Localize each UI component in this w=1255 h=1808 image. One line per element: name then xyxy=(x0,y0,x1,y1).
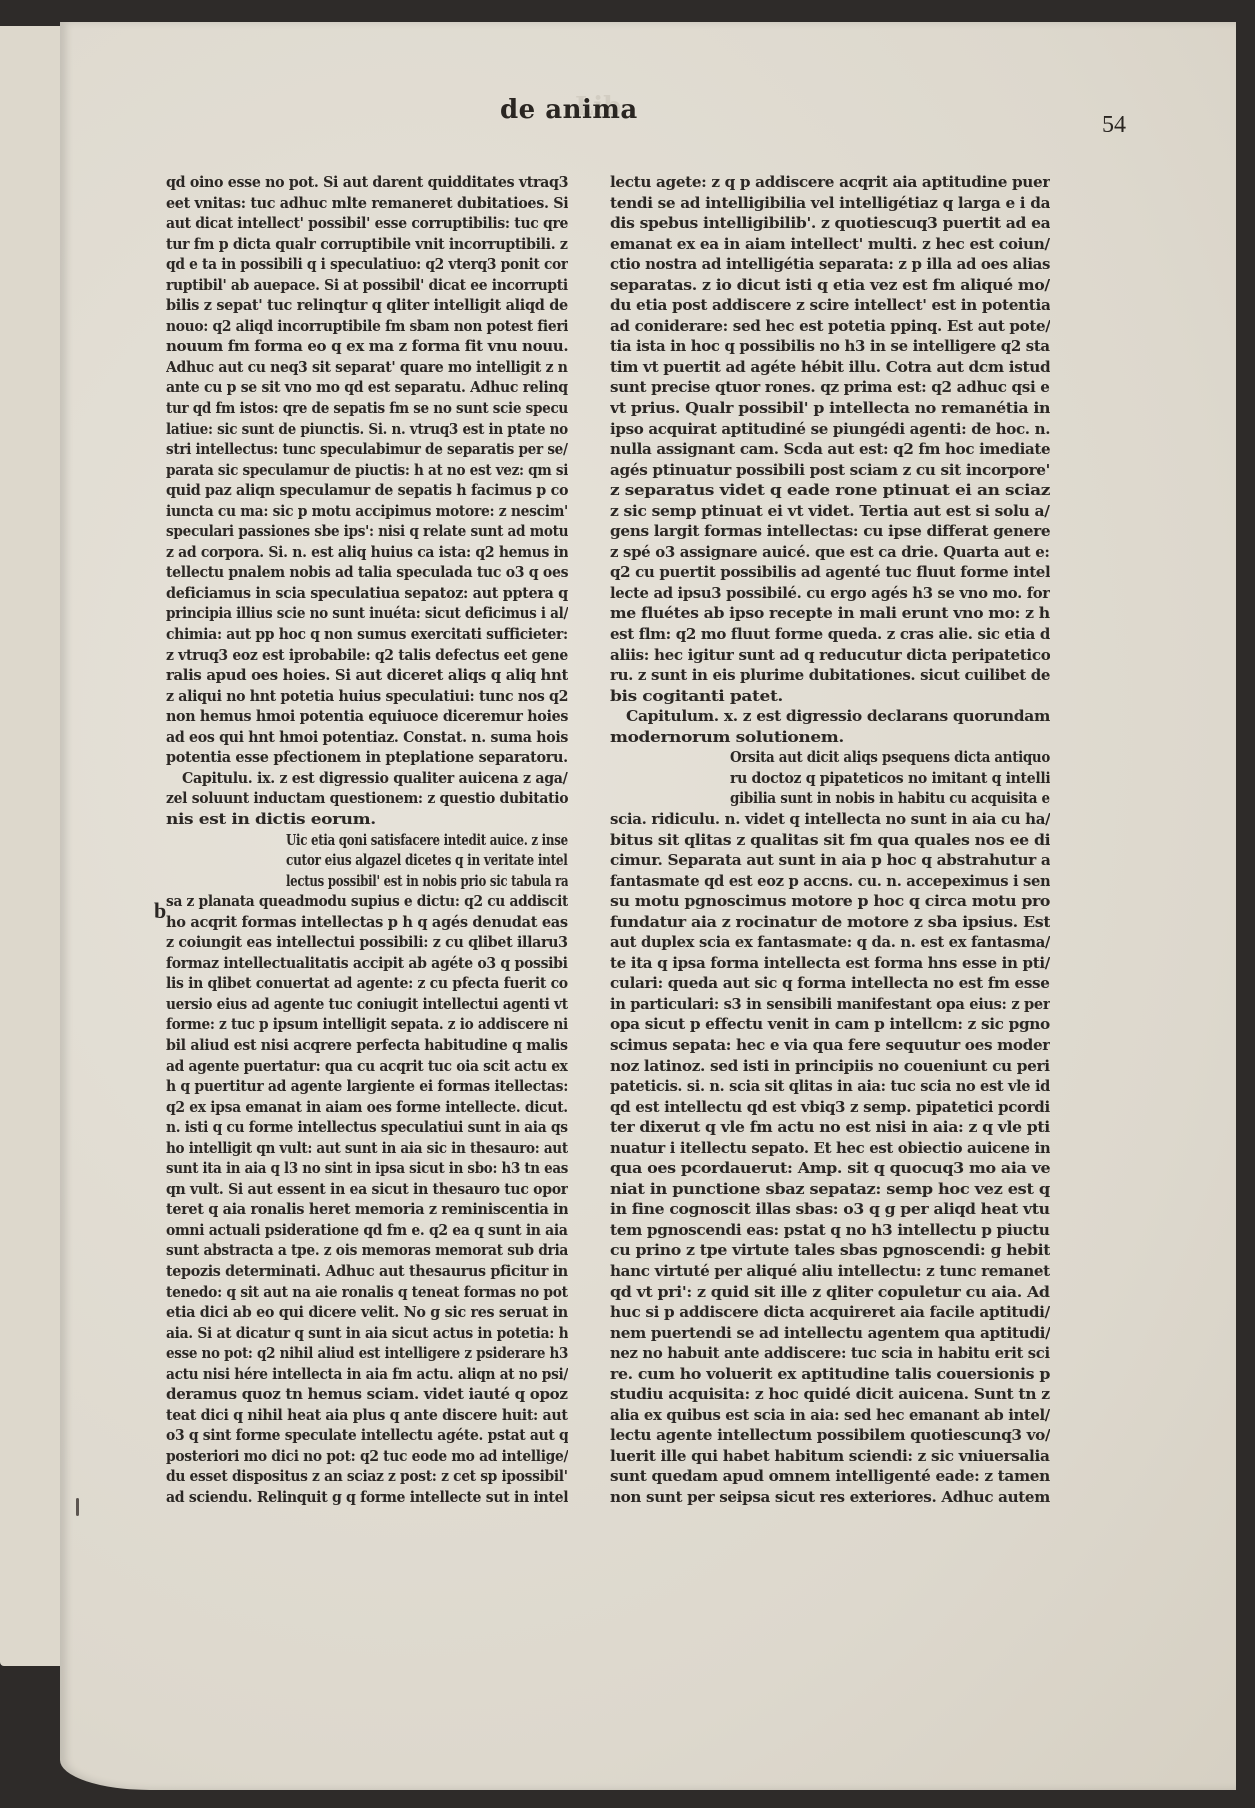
text-line: posteriori mo dici no pot: q2 tuc eode m… xyxy=(166,1446,568,1467)
text-line: culari: queda aut sic q forma intellecta… xyxy=(610,973,1050,994)
text-line: non hemus hmoi potentia equiuoce dicerem… xyxy=(166,706,568,727)
text-line: formaz intellectualitatis accipit ab agé… xyxy=(166,953,568,974)
text-line: ad coniderare: sed hec est potetia ppinq… xyxy=(610,316,1050,337)
chapter-heading-line: Capitulum. x. z est digressio declarans … xyxy=(610,706,1050,727)
text-line: lectu agente intellectum possibilem quot… xyxy=(610,1425,1050,1446)
text-line: modernorum solutionem. xyxy=(610,727,1050,748)
text-line: quid paz aliqn speculamur de sepatis h f… xyxy=(166,480,568,501)
text-line: sunt quedam apud omnem intelligenté eade… xyxy=(610,1466,1050,1487)
text-line: me fluétes ab ipso recepte in mali erunt… xyxy=(610,603,1050,624)
text-line: re. cum ho voluerit ex aptitudine talis … xyxy=(610,1364,1050,1385)
text-line: est flm: q2 mo fluut forme queda. z cras… xyxy=(610,624,1050,645)
text-line: ho acqrit formas intellectas p h q agés … xyxy=(166,912,568,933)
text-line: nem puertendi se ad intellectu agentem q… xyxy=(610,1323,1050,1344)
text-line: in fine cognoscit illas sbas: o3 q g per… xyxy=(610,1199,1050,1220)
text-line: qd vt pri': z quid sit ille z qliter cop… xyxy=(610,1282,1050,1303)
text-line: z coiungit eas intellectui possibili: z … xyxy=(166,932,568,953)
text-line: qn vult. Si aut essent in ea sicut in th… xyxy=(166,1179,568,1200)
text-line: dis spebus intelligibilib'. z quotiescuq… xyxy=(610,213,1050,234)
text-line: etia dici ab eo qui dicere velit. No g s… xyxy=(166,1302,568,1323)
text-line: hanc virtuté per aliqué aliu intellectu:… xyxy=(610,1261,1050,1282)
text-line: tellectu pnalem nobis ad talia speculada… xyxy=(166,562,568,583)
text-line: uersio eius ad agente tuc coniugit intel… xyxy=(166,994,568,1015)
text-line: separatas. z io dicut isti q etia vez es… xyxy=(610,275,1050,296)
text-line: pateticis. si. n. scia sit qlitas in aia… xyxy=(610,1076,1050,1097)
text-line: z vtruq3 eoz est iprobabile: q2 talis de… xyxy=(166,645,568,666)
text-line: parata sic speculamur de piuctis: h at n… xyxy=(166,460,568,481)
text-line: z aliqui no hnt potetia huius speculatiu… xyxy=(166,686,568,707)
text-line: nulla assignant cam. Scda aut est: q2 fm… xyxy=(610,439,1050,460)
text-line: in particulari: s3 in sensibili manifest… xyxy=(610,994,1050,1015)
text-line: nouo: q2 aliqd incorruptibile fm sbam no… xyxy=(166,316,568,337)
text-line: sunt ita in aia q l3 no sint in ipsa sic… xyxy=(166,1158,568,1179)
text-line: nuatur i itellectu sepato. Et hec est ob… xyxy=(610,1138,1050,1159)
text-line: te ita q ipsa forma intellecta est forma… xyxy=(610,953,1050,974)
text-line: sa z planata queadmodu supius e dictu: q… xyxy=(166,891,568,912)
text-line: gens largit formas intellectas: cu ipse … xyxy=(610,521,1050,542)
text-line: ralis apud oes hoies. Si aut diceret ali… xyxy=(166,665,568,686)
text-line: principia illius scie no sunt inuéta: si… xyxy=(166,603,568,624)
text-line: potentia esse pfectionem in pteplatione … xyxy=(166,747,568,768)
chapter-heading-line: Capitulu. ix. z est digressio qualiter a… xyxy=(166,768,568,789)
text-line: sunt abstracta a tpe. z ois memoras memo… xyxy=(166,1240,568,1261)
text-line: lectu agete: z q p addiscere acqrit aia … xyxy=(610,172,1050,193)
text-line: gibilia sunt in nobis in habitu cu acqui… xyxy=(610,788,1050,809)
text-line: emanat ex ea in aiam intellect' multi. z… xyxy=(610,234,1050,255)
text-line: qd e ta in possibili q i speculatiuo: q2… xyxy=(166,254,568,275)
folio-number: 54 xyxy=(1102,112,1126,139)
text-line: ante cu p se sit vno mo qd est separatu.… xyxy=(166,377,568,398)
text-line: du etia post addiscere z scire intellect… xyxy=(610,295,1050,316)
text-line: nouum fm forma eo q ex ma z forma fit vn… xyxy=(166,336,568,357)
text-line: ad agente puertatur: qua cu acqrit tuc o… xyxy=(166,1056,568,1077)
text-line: vt prius. Qualr possibil' p intellecta n… xyxy=(610,398,1050,419)
text-line: cutor eius algazel dicetes q in veritate… xyxy=(166,850,568,871)
text-line: ru. z sunt in eis plurime dubitationes. … xyxy=(610,665,1050,686)
text-line: studiu acquisita: z hoc quidé dicit auic… xyxy=(610,1384,1050,1405)
left-text-column: qd oino esse no pot. Si aut darent quidd… xyxy=(166,172,568,1508)
text-line: forme: z tuc p ipsum intelligit sepata. … xyxy=(166,1014,568,1035)
text-line: tim vt puertit ad agéte hébit illu. Cotr… xyxy=(610,357,1050,378)
text-line: fundatur aia z rocinatur de motore z sba… xyxy=(610,912,1050,933)
text-line: bitus sit qlitas z qualitas sit fm qua q… xyxy=(610,830,1050,851)
text-line: deficiamus in scia speculatiua sepatoz: … xyxy=(166,583,568,604)
text-line: lectus possibil' est in nobis prio sic t… xyxy=(166,871,568,892)
text-line: qd oino esse no pot. Si aut darent quidd… xyxy=(166,172,568,193)
text-line: ctio nostra ad intelligétia separata: z … xyxy=(610,254,1050,275)
text-line: ru doctoz q pipateticos no imitant q int… xyxy=(610,768,1050,789)
text-line: actu nisi hére intellecta in aia fm actu… xyxy=(166,1364,568,1385)
text-line: qua oes pcordauerut: Amp. sit q quocuq3 … xyxy=(610,1158,1050,1179)
text-line: aut dicat intellect' possibil' esse corr… xyxy=(166,213,568,234)
text-line: opa sicut p effectu venit in cam p intel… xyxy=(610,1014,1050,1035)
text-line: ad eos qui hnt hmoi potentiaz. Constat. … xyxy=(166,727,568,748)
text-line: deramus quoz tn hemus sciam. videt iauté… xyxy=(166,1384,568,1405)
text-line: huc si p addiscere dicta acquireret aia … xyxy=(610,1302,1050,1323)
text-line: zel soluunt inductam questionem: z quest… xyxy=(166,788,568,809)
previous-page-edge xyxy=(0,26,63,1666)
text-line: omni actuali psideratione qd fm e. q2 ea… xyxy=(166,1220,568,1241)
text-line: su motu pgnoscimus motore p hoc q circa … xyxy=(610,891,1050,912)
text-line: aliis: hec igitur sunt ad q reducutur di… xyxy=(610,645,1050,666)
text-line: tur qd fm istos: qre de sepatis fm se no… xyxy=(166,398,568,419)
text-line: eet vnitas: tuc adhuc mlte remaneret dub… xyxy=(166,193,568,214)
text-line: aut duplex scia ex fantasmate: q da. n. … xyxy=(610,932,1050,953)
text-line: speculari passiones sbe ips': nisi q rel… xyxy=(166,521,568,542)
text-line: tepozis determinati. Adhuc aut thesaurus… xyxy=(166,1261,568,1282)
text-line: nis est in dictis eorum. xyxy=(166,809,568,830)
text-line: nez no habuit ante addiscere: tuc scia i… xyxy=(610,1343,1050,1364)
text-line: fantasmate qd est eoz p accns. cu. n. ac… xyxy=(610,871,1050,892)
text-line: non sunt per seipsa sicut res exteriores… xyxy=(610,1487,1050,1508)
text-line: cu prino z tpe virtute tales sbas pgnosc… xyxy=(610,1240,1050,1261)
text-line: z ad corpora. Si. n. est aliq huius ca i… xyxy=(166,542,568,563)
text-line: tur fm p dicta qualr corruptibile vnit i… xyxy=(166,234,568,255)
text-line: alia ex quibus est scia in aia: sed hec … xyxy=(610,1405,1050,1426)
text-line: noz latinoz. sed isti in principiis no c… xyxy=(610,1056,1050,1077)
text-line: tendi se ad intelligibilia vel intelligé… xyxy=(610,193,1050,214)
text-line: latiue: sic sunt de piunctis. Si. n. vtr… xyxy=(166,419,568,440)
text-line: ruptibil' ab auepace. Si at possibil' di… xyxy=(166,275,568,296)
text-line: qd est intellectu qd est vbiq3 z semp. p… xyxy=(610,1097,1050,1118)
text-line: Orsita aut dicit aliqs psequens dicta an… xyxy=(610,747,1050,768)
text-line: q2 cu puertit possibilis ad agenté tuc f… xyxy=(610,562,1050,583)
text-line: niat in punctione sbaz sepataz: semp hoc… xyxy=(610,1179,1050,1200)
margin-ink-mark xyxy=(76,1498,79,1516)
text-line: teret q aia ronalis heret memoria z remi… xyxy=(166,1199,568,1220)
text-line: teat dici q nihil heat aia plus q ante d… xyxy=(166,1405,568,1426)
text-line: scia. ridiculu. n. videt q intellecta no… xyxy=(610,809,1050,830)
margin-section-letter: b xyxy=(154,898,166,924)
text-line: bilis z sepat' tuc relinqtur q qliter in… xyxy=(166,295,568,316)
text-line: esse no pot: q2 nihil aliud est intellig… xyxy=(166,1343,568,1364)
text-line: bis cogitanti patet. xyxy=(610,686,1050,707)
text-line: ad sciendu. Relinquit g q forme intellec… xyxy=(166,1487,568,1508)
text-line: o3 q sint forme speculate intellectu agé… xyxy=(166,1425,568,1446)
text-line: z sic semp ptinuat ei vt videt. Tertia a… xyxy=(610,501,1050,522)
text-line: lecte ad ipsu3 possibilé. cu ergo agés h… xyxy=(610,583,1050,604)
text-line: aia. Si at dicatur q sunt in aia sicut a… xyxy=(166,1323,568,1344)
text-line: ho intelligit qn vult: aut sunt in aia s… xyxy=(166,1138,568,1159)
text-line: tia ista in hoc q possibilis no h3 in se… xyxy=(610,336,1050,357)
text-line: lis in qlibet conuertat ad agente: z cu … xyxy=(166,973,568,994)
text-line: tem pgnoscendi eas: pstat q no h3 intell… xyxy=(610,1220,1050,1241)
text-line: agés ptinuatur possibili post sciam z cu… xyxy=(610,460,1050,481)
text-line: iuncta cu ma: sic p motu accipimus motor… xyxy=(166,501,568,522)
text-line: tenedo: q sit aut na aie ronalis q tenea… xyxy=(166,1282,568,1303)
text-line: q2 ex ipsa emanat in aiam oes forme inte… xyxy=(166,1097,568,1118)
text-line: h q puertitur ad agente largiente ei for… xyxy=(166,1076,568,1097)
text-line: ipso acquirat aptitudiné se piungédi age… xyxy=(610,419,1050,440)
running-title: de anima xyxy=(500,95,638,125)
text-line: z separatus videt q eade rone ptinuat ei… xyxy=(610,480,1050,501)
text-line: n. isti q cu forme intellectus speculati… xyxy=(166,1117,568,1138)
text-line: scimus sepata: hec e via qua fere sequut… xyxy=(610,1035,1050,1056)
text-line: ter dixerut q vle fm actu no est nisi in… xyxy=(610,1117,1050,1138)
text-line: bil aliud est nisi acqrere perfecta habi… xyxy=(166,1035,568,1056)
text-line: stri intellectus: tunc speculabimur de s… xyxy=(166,439,568,460)
text-line: Adhuc aut cu neq3 sit separat' quare mo … xyxy=(166,357,568,378)
text-line: luerit ille qui habet habitum sciendi: z… xyxy=(610,1446,1050,1467)
text-line: sunt precise qtuor rones. qz prima est: … xyxy=(610,377,1050,398)
text-line: Uic etia qoni satisfacere intedit auice.… xyxy=(166,830,568,851)
right-text-column: lectu agete: z q p addiscere acqrit aia … xyxy=(610,172,1050,1508)
text-line: z spé o3 assignare auicé. que est ca dri… xyxy=(610,542,1050,563)
text-line: du esset dispositus z an sciaz z post: z… xyxy=(166,1466,568,1487)
text-line: chimia: aut pp hoc q non sumus exercitat… xyxy=(166,624,568,645)
text-line: cimur. Separata aut sunt in aia p hoc q … xyxy=(610,850,1050,871)
